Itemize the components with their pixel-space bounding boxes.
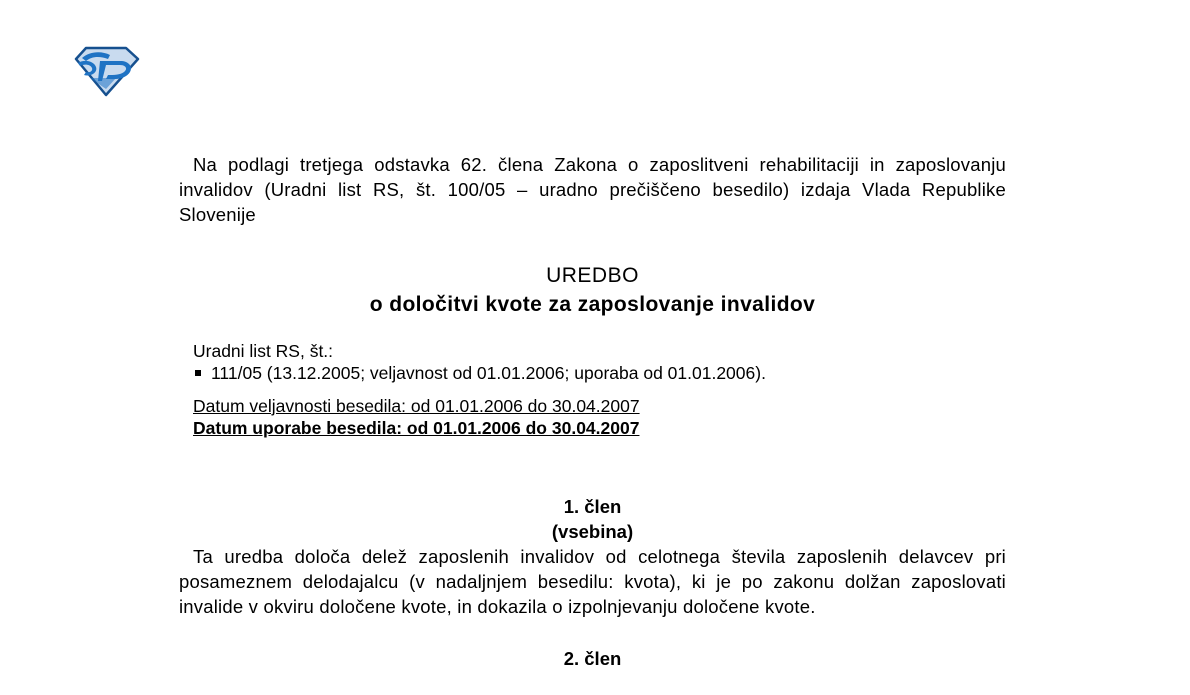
application-date-link[interactable]: Datum uporabe besedila: od 01.01.2006 do…	[193, 417, 639, 439]
article-1-number: 1. člen	[179, 494, 1006, 519]
gazette-label: Uradni list RS, št.:	[193, 340, 1006, 362]
gazette-reference: Uradni list RS, št.: 111/05 (13.12.2005;…	[193, 340, 1006, 384]
article-1-body: Ta uredba določa delež zaposlenih invali…	[179, 544, 1006, 619]
sd-shield-logo-icon	[72, 45, 140, 97]
article-2: 2. člen	[179, 646, 1006, 671]
article-1: 1. člen (vsebina) Ta uredba določa delež…	[179, 494, 1006, 619]
article-1-heading: 1. člen (vsebina)	[179, 494, 1006, 544]
bullet-icon	[195, 370, 201, 376]
gazette-entry: 111/05 (13.12.2005; veljavnost od 01.01.…	[193, 362, 1006, 384]
article-2-heading: 2. člen	[179, 646, 1006, 671]
title-line-2: o določitvi kvote za zaposlovanje invali…	[179, 290, 1006, 319]
gazette-entry-text: 111/05 (13.12.2005; veljavnost od 01.01.…	[211, 363, 766, 383]
document-page: Na podlagi tretjega odstavka 62. člena Z…	[179, 152, 1006, 671]
validity-date-link[interactable]: Datum veljavnosti besedila: od 01.01.200…	[193, 395, 640, 417]
title-line-1: UREDBO	[179, 261, 1006, 290]
document-title: UREDBO o določitvi kvote za zaposlovanje…	[179, 261, 1006, 319]
text-dates: Datum veljavnosti besedila: od 01.01.200…	[193, 395, 1006, 439]
article-2-number: 2. člen	[179, 646, 1006, 671]
intro-paragraph: Na podlagi tretjega odstavka 62. člena Z…	[179, 152, 1006, 227]
article-1-subject: (vsebina)	[179, 519, 1006, 544]
